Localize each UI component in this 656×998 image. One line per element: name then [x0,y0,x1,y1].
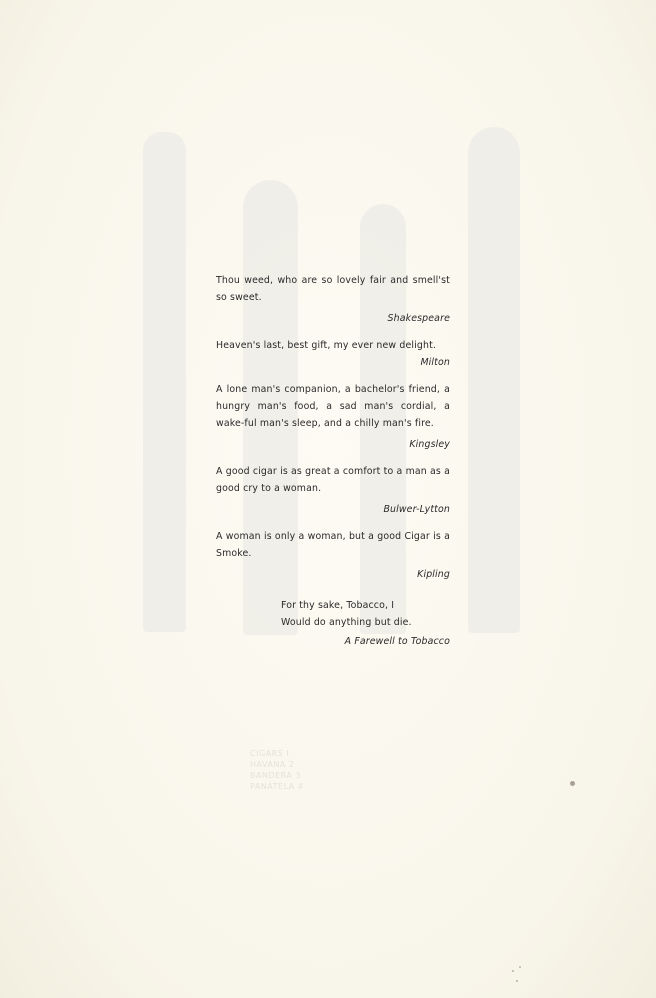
show-through-line: BANDERA 3 [250,770,303,781]
cigar-silhouette-icon [143,132,186,632]
quote-milton: Heaven's last, best gift, my ever new de… [216,337,450,371]
quotations-block: Thou weed, who are so lovely fair and sm… [216,272,450,660]
show-through-text: CIGARS I HAVANA 2 BANDERA 3 PANATELA 4 [250,748,303,792]
paper-speck [512,970,514,972]
quote-text: Thou weed, who are so lovely fair and sm… [216,272,450,306]
verse-line: Would do anything but die. [281,614,450,631]
quote-text: A good cigar is as great a comfort to a … [216,463,450,497]
quote-shakespeare: Thou weed, who are so lovely fair and sm… [216,272,450,327]
show-through-line: PANATELA 4 [250,781,303,792]
quote-text: A lone man's companion, a bachelor's fri… [216,381,450,432]
verse-line: For thy sake, Tobacco, I [281,597,450,614]
show-through-line: HAVANA 2 [250,759,303,770]
paper-speck [516,980,518,982]
quote-author: Kipling [216,566,450,583]
show-through-line: CIGARS I [250,748,303,759]
quote-author: Kingsley [216,436,450,453]
quote-kingsley: A lone man's companion, a bachelor's fri… [216,381,450,453]
quote-text: Heaven's last, best gift, my ever new de… [216,337,450,354]
quote-bulwer-lytton: A good cigar is as great a comfort to a … [216,463,450,518]
book-page: CIGARS I HAVANA 2 BANDERA 3 PANATELA 4 T… [0,0,656,998]
paper-speck [570,781,575,786]
quote-author: Bulwer-Lytton [216,501,450,518]
paper-speck [519,966,521,968]
quote-author: Shakespeare [216,310,450,327]
quote-author: Milton [216,354,450,371]
verse-source: A Farewell to Tobacco [281,633,450,650]
quote-kipling: A woman is only a woman, but a good Ciga… [216,528,450,583]
quote-text: A woman is only a woman, but a good Ciga… [216,528,450,562]
verse-farewell-to-tobacco: For thy sake, Tobacco, I Would do anythi… [281,597,450,650]
cigar-silhouette-icon [468,127,520,633]
